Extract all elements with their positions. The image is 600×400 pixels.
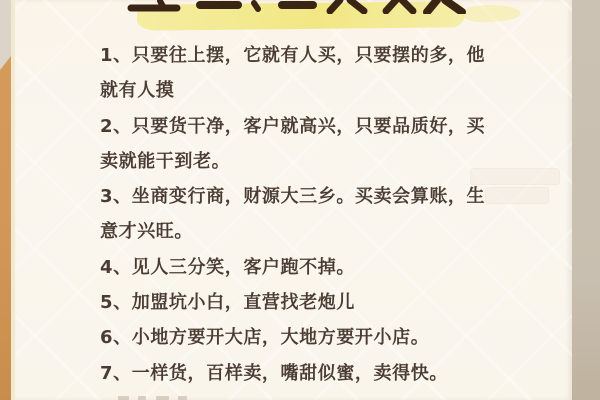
tip-7-line-1: 7、一样货，百样卖，嘴甜似蜜，卖得快。 — [100, 356, 520, 391]
tip-1-line-1: 1、只要往上摆，它就有人买，只要摆的多，他 — [100, 38, 520, 73]
tip-5-line-1: 5、加盟坑小白，直营找老炮儿 — [100, 285, 520, 320]
cropped-glyph-top — [178, 396, 187, 400]
tip-3-line-1: 3、坐商变行商，财源大三乡。买卖会算账，生 — [100, 179, 520, 214]
title-text-cutoff — [15, 0, 572, 14]
tip-2-line-2: 卖就能干到老。 — [100, 144, 520, 179]
next-line-partial — [118, 395, 208, 400]
tip-3-line-2: 意才兴旺。 — [100, 214, 520, 249]
screenshot-root: 1、只要往上摆，它就有人买，只要摆的多，他 就有人摸 2、只要货干净，客户就高兴… — [0, 0, 600, 400]
tip-4-line-1: 4、见人三分笑，客户跑不掉。 — [100, 250, 520, 285]
cropped-glyph-top — [118, 396, 129, 400]
cropped-glyph-top — [138, 396, 146, 400]
right-edge-strip — [572, 0, 600, 400]
tips-list: 1、只要往上摆，它就有人买，只要摆的多，他 就有人摸 2、只要货干净，客户就高兴… — [100, 38, 520, 391]
tip-1-line-2: 就有人摸 — [100, 73, 520, 108]
tip-2-line-1: 2、只要货干净，客户就高兴，只要品质好，买 — [100, 109, 520, 144]
cropped-glyph-top — [156, 396, 169, 400]
tip-6-line-1: 6、小地方要开大店，大地方要开小店。 — [100, 320, 520, 355]
